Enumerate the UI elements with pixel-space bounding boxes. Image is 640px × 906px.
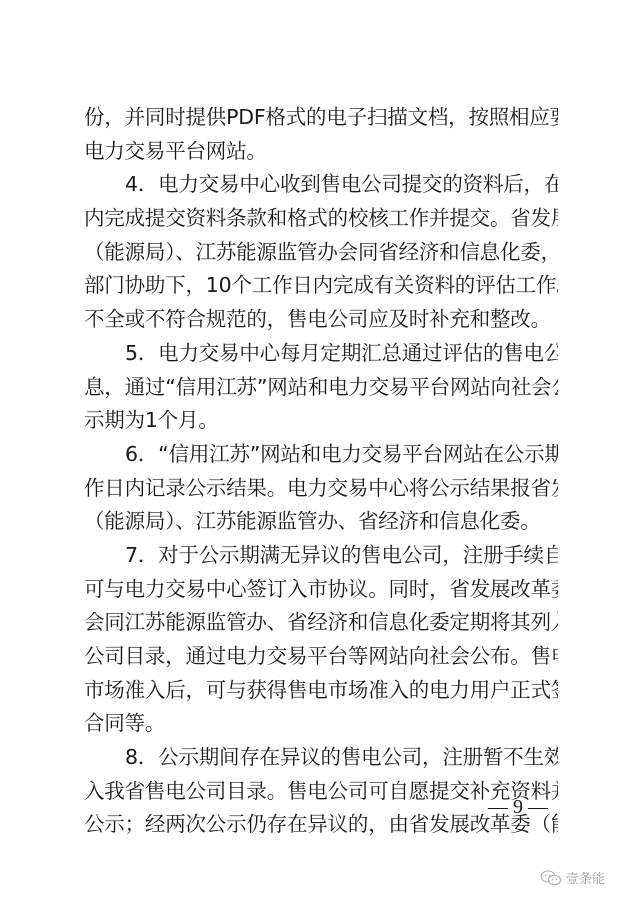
text-line: 息，通过“信用江苏”网站和电力交易平台网站向社会公示，公 <box>84 371 558 405</box>
text-line: （能源局）、江苏能源监管办、省经济和信息化委。 <box>84 505 558 539</box>
text-line: 8．公示期间存在异议的售电公司，注册暂不生效，暂不纳 <box>84 741 558 775</box>
text-line: 4．电力交易中心收到售电公司提交的资料后，在5个工作日 <box>84 168 558 202</box>
text-line: 示期为1个月。 <box>84 404 558 438</box>
text-line: 5．电力交易中心每月定期汇总通过评估的售电公司公示信 <box>84 337 558 371</box>
text-line: 公示；经两次公示仍存在异议的，由省发展改革委（能源局）会 <box>84 808 558 842</box>
text-line: 会同江苏能源监管办、省经济和信息化委定期将其列入我省售电 <box>84 606 558 640</box>
text-line: 可与电力交易中心签订入市协议。同时，省发展改革委（能源局） <box>84 573 558 607</box>
text-line: 入我省售电公司目录。售电公司可自愿提交补充资料并申请再次 <box>84 775 558 809</box>
watermark-label: 壹条能 <box>566 868 605 887</box>
page-number: — 9 — <box>488 796 548 819</box>
text-line: 份，并同时提供PDF格式的电子扫描文档，按照相应要求上传到 <box>84 101 558 135</box>
wechat-icon <box>540 870 562 886</box>
text-line: 作日内记录公示结果。电力交易中心将公示结果报省发展改革委 <box>84 472 558 506</box>
text-line: 不全或不符合规范的，售电公司应及时补充和整改。 <box>84 303 558 337</box>
text-line: 部门协助下，10个工作日内完成有关资料的评估工作。对于资料 <box>84 269 558 303</box>
text-line: 合同等。 <box>84 707 558 741</box>
text-line: 电力交易平台网站。 <box>84 135 558 169</box>
text-line: 7．对于公示期满无异议的售电公司，注册手续自动生效， <box>84 539 558 573</box>
text-line: （能源局）、江苏能源监管办会同省经济和信息化委，在设区市 <box>84 236 558 270</box>
text-line: 内完成提交资料条款和格式的校核工作并提交。省发展改革委 <box>84 202 558 236</box>
text-line: 市场准入后，可与获得售电市场准入的电力用户正式签订购售电 <box>84 674 558 708</box>
text-line: 6．“信用江苏”网站和电力交易平台网站在公示期满5个工 <box>84 438 558 472</box>
document-body: 份，并同时提供PDF格式的电子扫描文档，按照相应要求上传到电力交易平台网站。4．… <box>84 101 558 842</box>
watermark: 壹条能 <box>540 868 605 887</box>
text-line: 公司目录，通过电力交易平台等网站向社会公布。售电公司获得 <box>84 640 558 674</box>
